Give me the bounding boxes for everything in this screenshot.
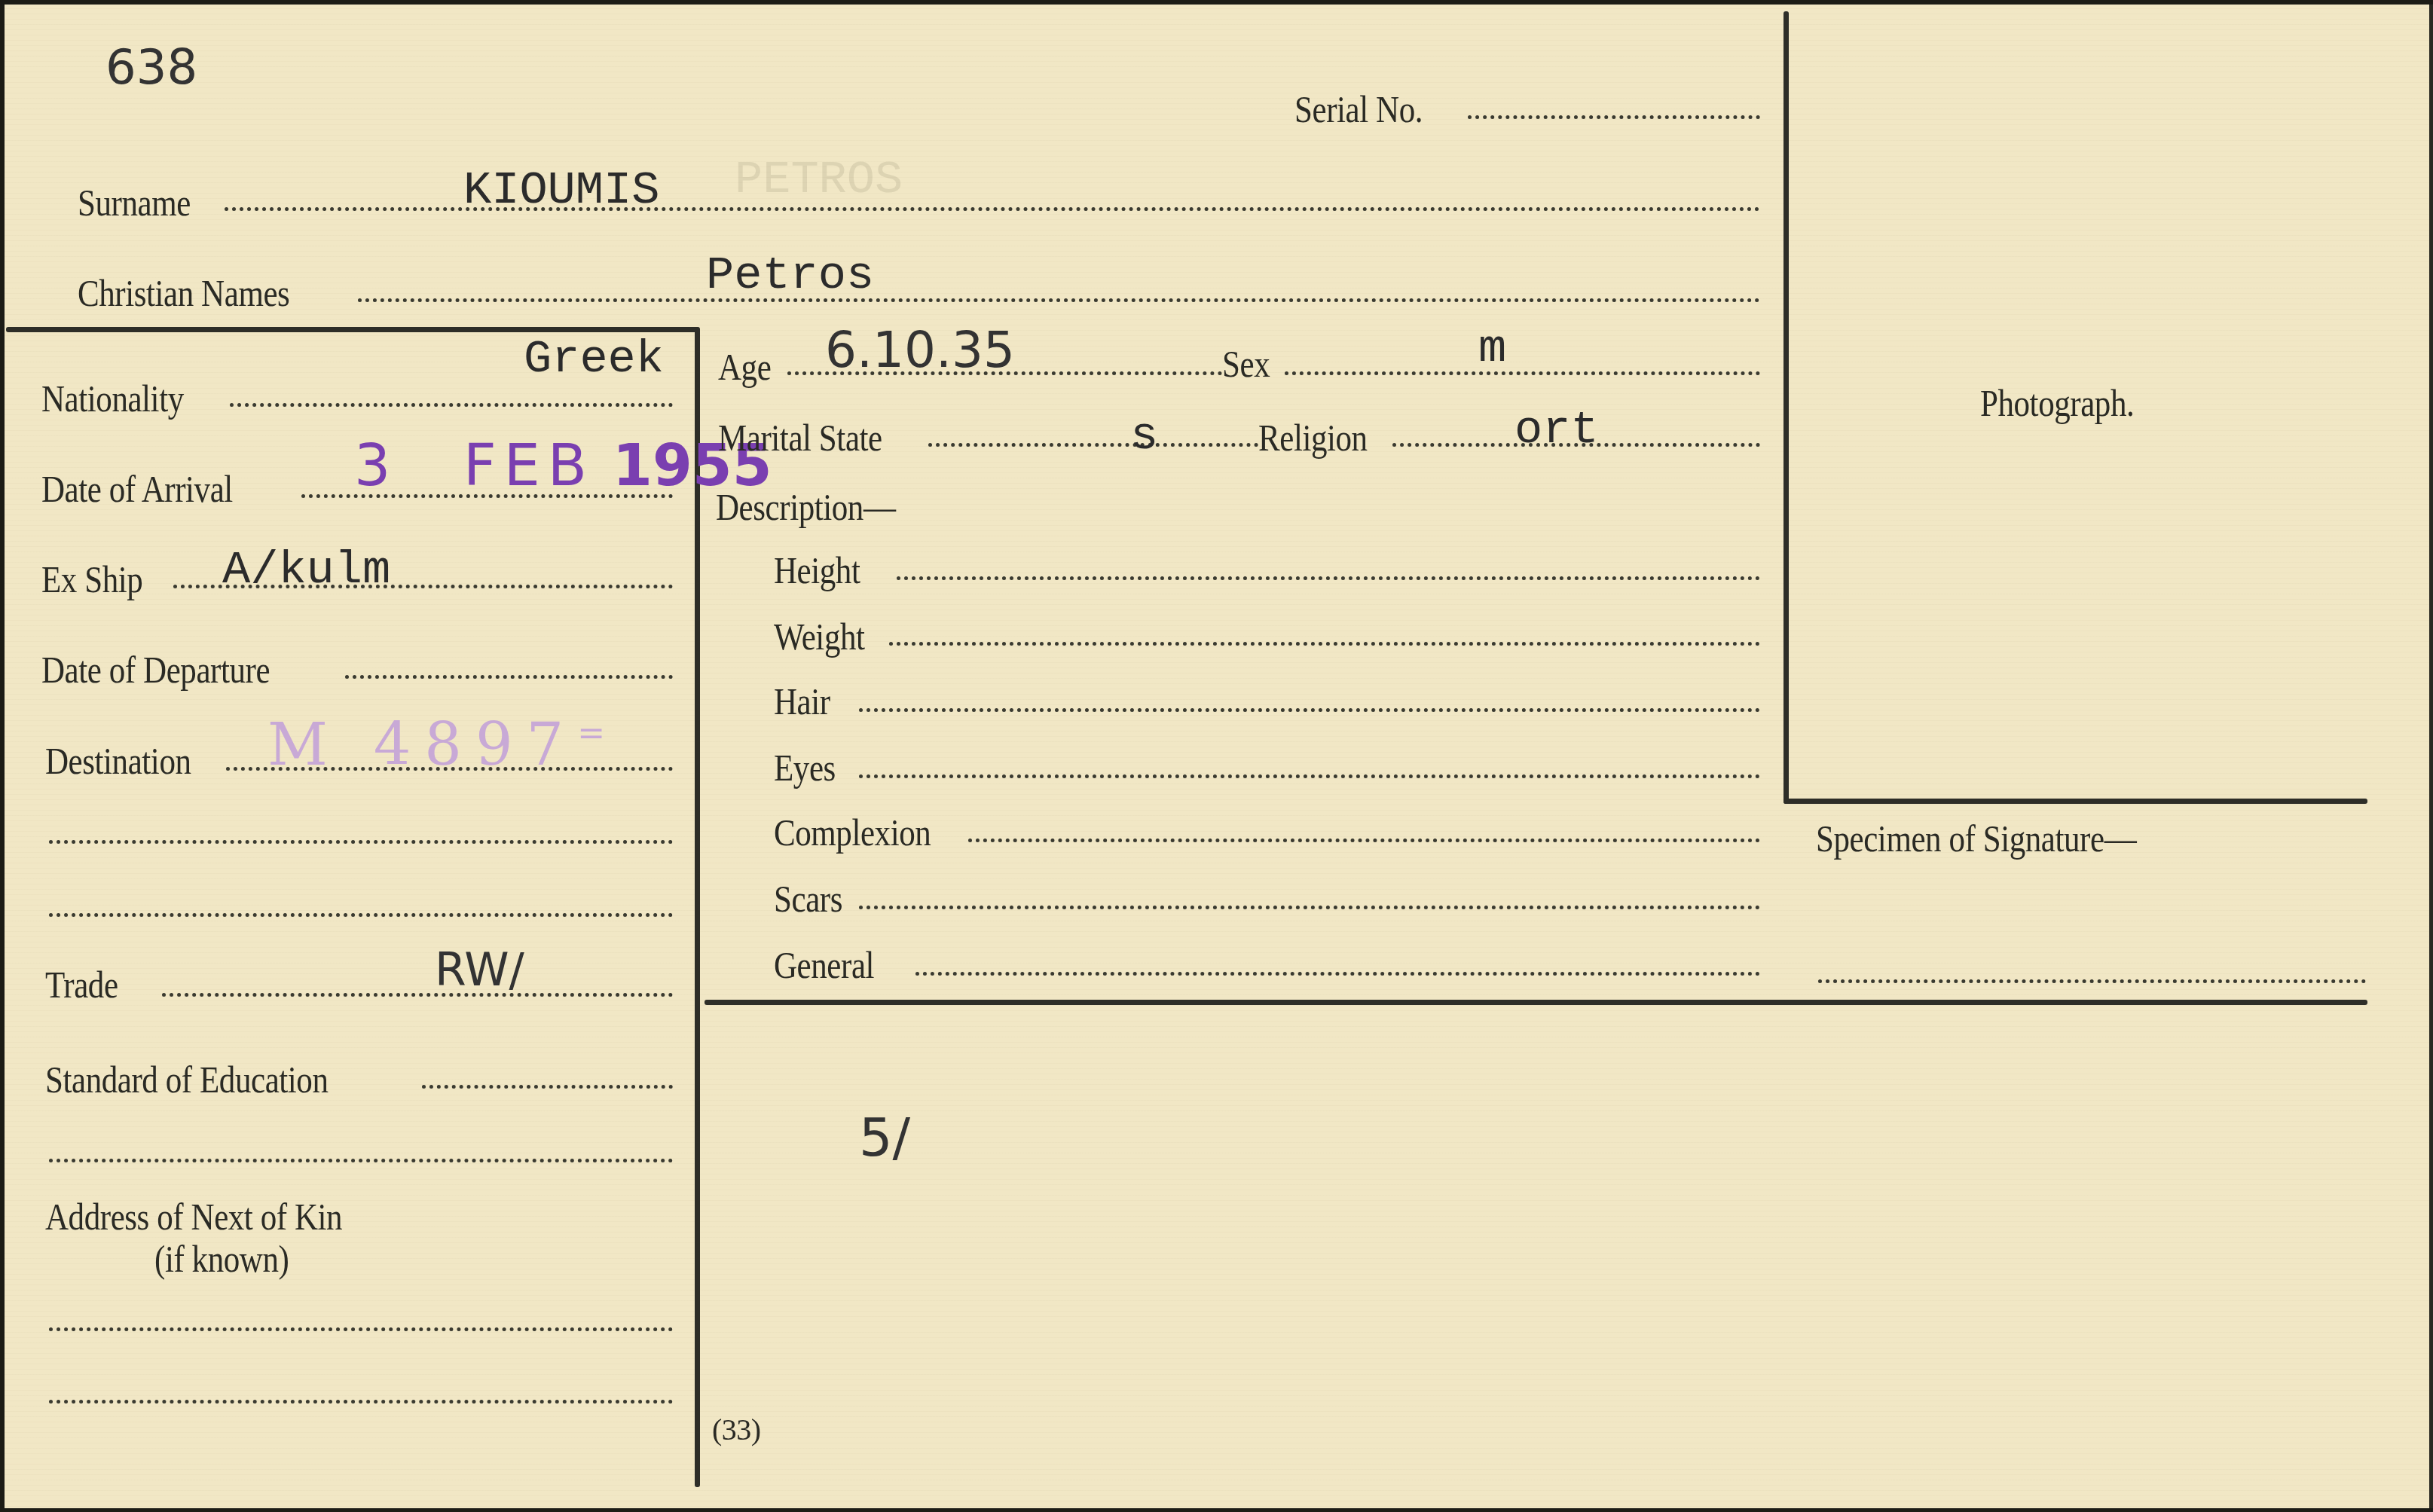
sex-value: m (1478, 325, 1506, 372)
sex-field[interactable] (1285, 371, 1760, 375)
trade-field[interactable] (162, 993, 673, 997)
stamp-suffix: = (577, 714, 605, 753)
education-extra-line[interactable] (49, 1159, 673, 1162)
ex-ship-label: Ex Ship (41, 561, 142, 598)
christian-names-field[interactable] (358, 298, 1760, 302)
marital-state-label: Marital State (718, 419, 882, 457)
ex-ship-value: A/kulm (222, 547, 390, 594)
hair-field[interactable] (859, 708, 1760, 712)
stamp-day: 3 (354, 432, 390, 499)
destination-extra-line-1[interactable] (49, 840, 673, 844)
religion-value: ort (1515, 407, 1599, 454)
trade-value: RW/ (435, 948, 524, 993)
stamp-month: FEB (463, 432, 594, 499)
scars-label: Scars (774, 880, 842, 918)
photograph-area[interactable] (1793, 15, 2362, 795)
description-bottom-rule (705, 1000, 2367, 1005)
date-of-departure-label: Date of Departure (41, 651, 270, 689)
marital-state-value: s (1130, 413, 1158, 460)
weight-label: Weight (774, 618, 865, 655)
description-heading: Description— (716, 488, 895, 526)
alien-registration-card: 638 Serial No. Surname KIOUMIS PETROS Ch… (0, 0, 2433, 1512)
handwritten-note: 5/ (859, 1111, 910, 1164)
eyes-label: Eyes (774, 749, 836, 787)
hair-label: Hair (774, 683, 830, 720)
next-of-kin-label: Address of Next of Kin (45, 1198, 342, 1236)
height-label: Height (774, 551, 860, 589)
nationality-label: Nationality (41, 380, 184, 417)
signature-field[interactable] (1818, 979, 2366, 983)
photo-box-bottom-rule (1783, 799, 2367, 804)
date-of-arrival-label: Date of Arrival (41, 470, 233, 508)
education-label: Standard of Education (45, 1061, 328, 1098)
surname-label: Surname (78, 184, 191, 221)
height-field[interactable] (897, 576, 1760, 580)
serial-field[interactable] (1468, 115, 1760, 119)
card-number: 638 (105, 44, 197, 92)
sex-label: Sex (1222, 345, 1270, 383)
next-of-kin-line-2[interactable] (49, 1400, 673, 1404)
surname-ghost-impression: PETROS (735, 157, 903, 203)
date-of-departure-field[interactable] (345, 675, 673, 679)
nationality-value: Greek (524, 336, 664, 383)
complexion-field[interactable] (968, 838, 1760, 842)
age-label: Age (718, 348, 771, 386)
nationality-field[interactable] (230, 403, 673, 407)
signature-label: Specimen of Signature— (1816, 820, 2136, 857)
destination-stamp: M 4897= (267, 716, 605, 774)
weight-field[interactable] (889, 642, 1760, 646)
surname-field[interactable] (225, 207, 1760, 211)
general-field[interactable] (915, 972, 1760, 976)
next-of-kin-sublabel: (if known) (154, 1240, 289, 1278)
form-code: (33) (712, 1415, 761, 1445)
complexion-label: Complexion (774, 814, 931, 851)
destination-label: Destination (45, 742, 191, 780)
religion-label: Religion (1258, 419, 1368, 457)
general-label: General (774, 946, 874, 984)
trade-label: Trade (45, 966, 118, 1003)
surname-value: KIOUMIS (463, 167, 659, 214)
center-vertical-rule (695, 327, 700, 1487)
left-panel-top-rule (6, 327, 699, 332)
marital-state-field[interactable] (928, 443, 1258, 447)
christian-names-value: Petros (706, 252, 874, 299)
destination-extra-line-2[interactable] (49, 913, 673, 917)
serial-label: Serial No. (1294, 90, 1423, 128)
photo-box-left-rule (1783, 11, 1789, 804)
education-field[interactable] (422, 1085, 673, 1089)
eyes-field[interactable] (859, 774, 1760, 778)
next-of-kin-line-1[interactable] (49, 1327, 673, 1331)
arrival-date-stamp: 3 FEB 1955 (354, 437, 772, 494)
christian-names-label: Christian Names (78, 274, 289, 312)
scars-field[interactable] (859, 906, 1760, 909)
age-value: 6.10.35 (825, 325, 1015, 375)
